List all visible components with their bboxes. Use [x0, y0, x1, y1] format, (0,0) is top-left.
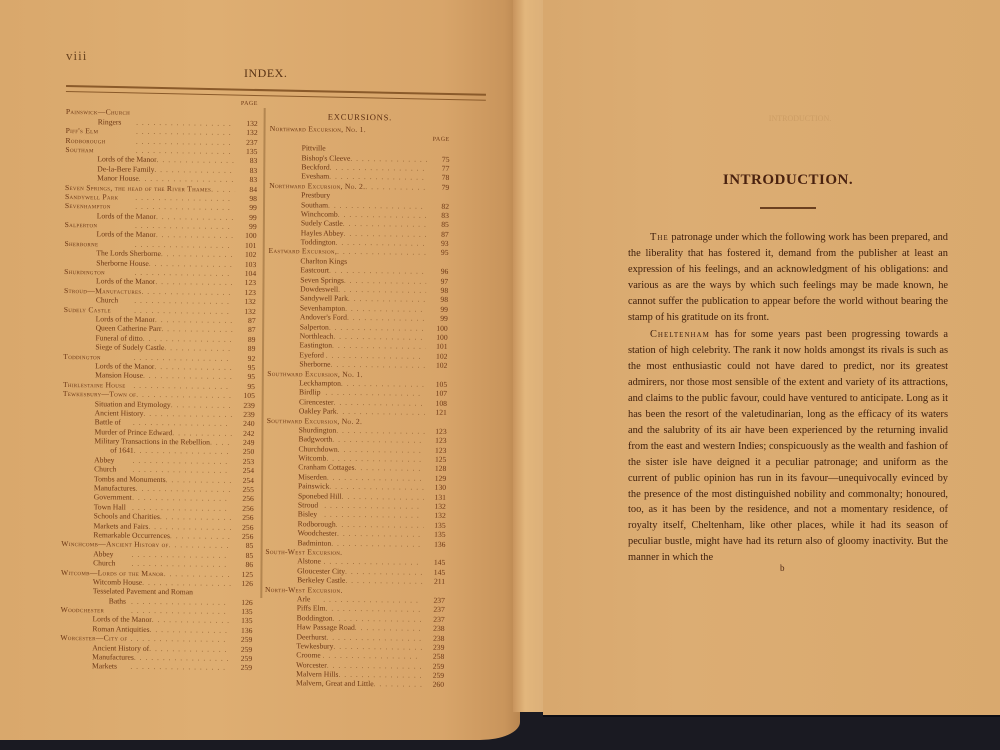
leader-dots	[363, 377, 426, 378]
entry-page: 83	[235, 175, 257, 185]
entry-page: 240	[233, 419, 255, 429]
entry-label: Stroud	[266, 500, 318, 510]
paragraph-text: has for some years past been progressing…	[628, 329, 948, 563]
entry-page: 87	[234, 325, 256, 335]
entry-page: 87	[234, 316, 256, 326]
entry-label: Church	[62, 464, 116, 474]
entry-page: 121	[425, 408, 447, 418]
index-entry: Markets. . . . . . . . . . . . . . . . .…	[60, 661, 252, 672]
entry-page: 238	[423, 624, 445, 634]
entry-page: 123	[234, 278, 256, 288]
chapter-title: INTRODUCTION.	[718, 172, 858, 189]
entry-label: Toddington	[63, 352, 101, 362]
leader-dots: . . . . . . . . . . . . . . . . .	[117, 662, 230, 673]
entry-label: Birdlip	[267, 387, 321, 397]
left-page: viii INDEX. PAGE Painswick—ChurchRingers…	[0, 0, 520, 740]
entry-page: 132	[234, 306, 256, 316]
entry-page: 136	[230, 626, 252, 636]
entry-page: 123	[425, 436, 447, 446]
entry-page: 83	[235, 156, 257, 166]
entry-page: 95	[233, 363, 255, 373]
entry-page: 93	[427, 239, 449, 249]
introduction-body: The patronage under which the following …	[628, 230, 948, 568]
entry-page: 258	[422, 652, 444, 662]
entry-page: 86	[231, 560, 253, 570]
entry-page: 256	[231, 522, 253, 532]
entry-page: 239	[422, 643, 444, 653]
entry-page: 98	[235, 194, 257, 204]
entry-page: 132	[236, 128, 258, 138]
entry-page: 83	[427, 211, 449, 221]
leader-dots	[347, 264, 426, 265]
entry-label: Southam	[65, 145, 93, 155]
entry-page: 259	[422, 671, 444, 681]
leader-dots	[343, 592, 423, 593]
entry-label: Piff's Elm	[66, 126, 99, 136]
entry-page: 237	[423, 605, 445, 615]
index-column-excursions: EXCURSIONS. Northward Excursion, No. 1.P…	[264, 112, 450, 690]
entry-page: 105	[425, 380, 447, 390]
index-entry: Malvern, Great and Little. . . . . . . .…	[264, 678, 444, 689]
leader-dots: . . . . . . . . . . . . . . . . .	[211, 184, 235, 194]
entry-page: 253	[232, 457, 254, 467]
entry-page: 132	[236, 119, 258, 129]
entry-page: 99	[235, 212, 257, 222]
entry-label: Sudely Castle	[64, 305, 111, 315]
paragraph: The patronage under which the following …	[628, 230, 948, 325]
entry-page: 125	[231, 569, 253, 579]
entry-page: 135	[231, 607, 253, 617]
entry-page: 256	[231, 532, 253, 542]
book-gutter	[513, 0, 544, 712]
entry-label: Alstone	[265, 556, 321, 566]
entry-page: 132	[424, 502, 446, 512]
paragraph-lead: Cheltenham	[650, 329, 710, 340]
entry-label: Northward Excursion, No. 1.	[270, 124, 366, 134]
entry-page: 92	[233, 353, 255, 363]
entry-page: 97	[426, 276, 448, 286]
entry-page: 103	[234, 259, 256, 269]
entry-page: 259	[230, 635, 252, 645]
entry-label: Shurdington	[64, 267, 105, 277]
entry-page: 89	[233, 344, 255, 354]
entry-page: 239	[233, 410, 255, 420]
entry-page: 259	[230, 654, 252, 664]
entry-label: Rodborough	[66, 136, 106, 146]
entry-page: 256	[232, 504, 254, 514]
entry-page: 83	[235, 166, 257, 176]
entry-page: 211	[423, 577, 445, 587]
entry-page: 100	[426, 323, 448, 333]
paragraph-text: patronage under which the following work…	[628, 232, 948, 323]
entry-page: 238	[422, 633, 444, 643]
entry-page: 249	[232, 438, 254, 448]
entry-page: 96	[426, 267, 448, 277]
entry-label: Sevenhampton	[65, 201, 111, 211]
title-rule	[760, 207, 816, 209]
entry-label: Abbey	[61, 549, 113, 559]
entry-page: 102	[425, 361, 447, 371]
page-number: viii	[66, 48, 87, 64]
entry-label: Salperton	[65, 220, 98, 230]
leader-dots	[326, 151, 428, 152]
entry-page: 95	[233, 381, 255, 391]
entry-label: Abbey	[62, 455, 114, 465]
entry-page: 259	[230, 644, 252, 654]
entry-page: 107	[425, 389, 447, 399]
leader-dots	[366, 132, 428, 133]
entry-page: 79	[427, 182, 449, 192]
entry-page: 237	[235, 137, 257, 147]
leader-dots: . . . . . . . . . . . . . . . . .	[337, 247, 427, 257]
entry-page: 237	[423, 614, 445, 624]
entry-page: 123	[424, 445, 446, 455]
entry-page: 237	[423, 596, 445, 606]
entry-page: 99	[235, 203, 257, 213]
entry-label: Woodchester	[61, 605, 105, 615]
entry-page: 89	[233, 335, 255, 345]
entry-label: Bisley	[266, 509, 318, 519]
running-title: INDEX.	[244, 66, 287, 81]
entry-page: 145	[423, 567, 445, 577]
entry-page: 102	[234, 250, 256, 260]
entry-page: 99	[426, 304, 448, 314]
entry-page: 128	[424, 464, 446, 474]
entry-page: 105	[233, 391, 255, 401]
entry-page: 131	[424, 492, 446, 502]
entry-label: Markets	[60, 661, 117, 671]
paragraph-lead: The	[650, 232, 669, 243]
entry-label: Malvern, Great and Little	[264, 678, 374, 689]
entry-page: 123	[234, 288, 256, 298]
entry-page: 125	[424, 455, 446, 465]
leader-dots: . . . . . . . . . . . . . . . . .	[374, 680, 422, 690]
entry-page: 87	[427, 229, 449, 239]
excursion-heading: Northward Excursion, No. 1.	[270, 124, 450, 135]
entry-page: 95	[426, 248, 448, 258]
entry-page: 100	[235, 231, 257, 241]
entry-page: 123	[425, 427, 447, 437]
entry-page: 102	[425, 351, 447, 361]
entry-page: 259	[230, 663, 252, 673]
leader-dots	[362, 423, 425, 424]
entry-page: 101	[426, 342, 448, 352]
entry-page: 84	[235, 184, 257, 194]
entry-page: 98	[426, 286, 448, 296]
open-book-spread: viii INDEX. PAGE Painswick—ChurchRingers…	[0, 0, 1000, 750]
paragraph: Cheltenham has for some years past been …	[628, 327, 948, 566]
leader-dots	[342, 555, 423, 556]
entry-label: Sandywell Park	[65, 192, 119, 202]
entry-page: 77	[427, 164, 449, 174]
entry-page: 85	[427, 220, 449, 230]
leader-dots: . . . . . . . . . . . . . . . . .	[331, 538, 423, 548]
entry-page: 250	[232, 447, 254, 457]
entry-page: 132	[234, 297, 256, 307]
entry-page: 85	[231, 551, 253, 561]
entry-page: 129	[424, 473, 446, 483]
entry-page: 260	[422, 680, 444, 690]
entry-page: 108	[425, 398, 447, 408]
entry-label: Church	[64, 295, 118, 305]
entry-page: 126	[231, 579, 253, 589]
entry-page: 104	[234, 269, 256, 279]
leader-dots: . . . . . . . . . . . . . . . . .	[345, 576, 423, 586]
entry-page: 242	[232, 428, 254, 438]
entry-page: 135	[235, 147, 257, 157]
entry-page: 135	[230, 616, 252, 626]
entry-page: 256	[232, 513, 254, 523]
entry-page: 78	[427, 173, 449, 183]
entry-label: Sherborne	[64, 239, 98, 249]
entry-page: 132	[424, 511, 446, 521]
entry-page: 135	[424, 520, 446, 530]
entry-page: 255	[232, 485, 254, 495]
entry-page: 82	[427, 201, 449, 211]
entry-page: 254	[232, 475, 254, 485]
entry-page: 136	[423, 539, 445, 549]
entry-page: 259	[422, 661, 444, 671]
entry-page: 99	[235, 222, 257, 232]
index-column-main: PAGE Painswick—ChurchRingers. . . . . . …	[60, 98, 258, 673]
entry-page: 126	[231, 597, 253, 607]
entry-page: 95	[233, 372, 255, 382]
excursions-title: EXCURSIONS.	[270, 112, 450, 123]
entry-page: 239	[233, 400, 255, 410]
signature-mark: b	[780, 563, 785, 573]
entry-page: 85	[231, 541, 253, 551]
entry-page: 75	[427, 154, 449, 164]
entry-page: 145	[423, 558, 445, 568]
leader-dots: . . . . . . . . . . . . . . . . .	[365, 182, 427, 192]
leader-dots	[130, 115, 236, 116]
leader-dots: . . . . . . . . . . . . . . . . .	[210, 438, 233, 448]
entry-label: Arle	[265, 594, 311, 604]
entry-page: 135	[424, 530, 446, 540]
leader-dots	[330, 198, 427, 199]
entry-page: 100	[426, 333, 448, 343]
entry-page: 101	[234, 241, 256, 251]
bleed-through-header: INTRODUCTION.	[630, 114, 970, 123]
entry-page: 130	[424, 483, 446, 493]
entry-page: 256	[232, 494, 254, 504]
entry-page: 254	[232, 466, 254, 476]
entry-page: 99	[426, 314, 448, 324]
entry-page: 98	[426, 295, 448, 305]
